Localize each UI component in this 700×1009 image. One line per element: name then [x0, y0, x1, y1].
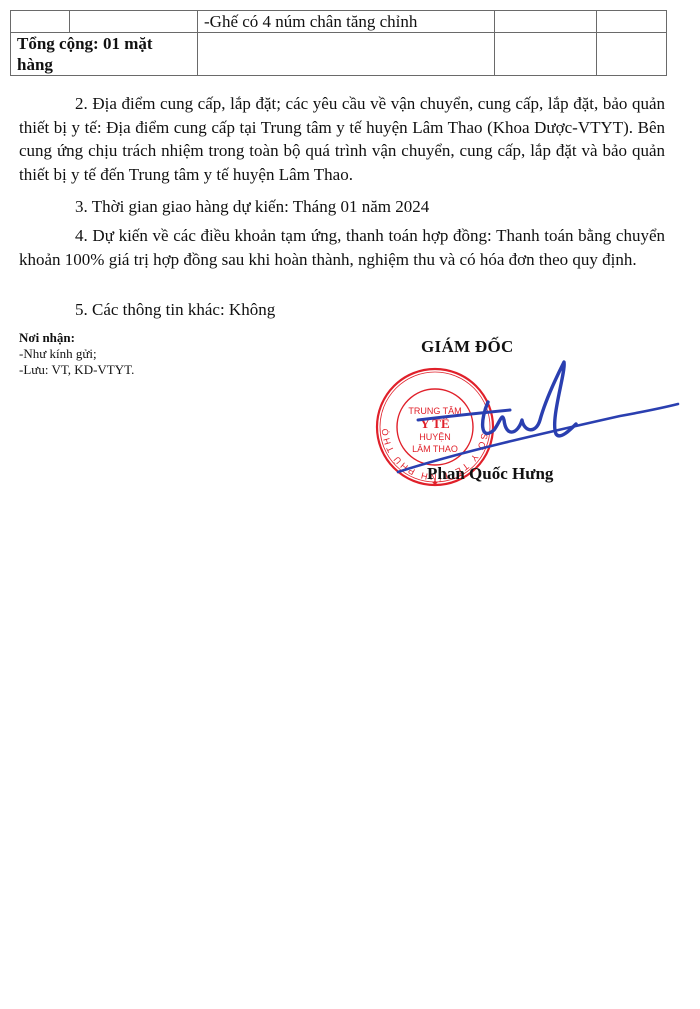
table-cell	[495, 33, 597, 76]
table-total-row: Tổng cộng: 01 mặt hàng	[11, 33, 667, 76]
handwritten-signature-icon	[380, 350, 680, 490]
recipients-block: Nơi nhận: -Như kính gửi; -Lưu: VT, KD-VT…	[19, 330, 134, 378]
items-table: -Ghế có 4 núm chân tăng chỉnh Tổng cộng:…	[10, 10, 667, 76]
section-delivery-time: 3. Thời gian giao hàng dự kiến: Tháng 01…	[19, 195, 665, 219]
table-row: -Ghế có 4 núm chân tăng chỉnh	[11, 11, 667, 33]
table-cell-spec: -Ghế có 4 núm chân tăng chỉnh	[198, 11, 495, 33]
total-label: Tổng cộng: 01 mặt hàng	[11, 33, 198, 76]
table-cell	[198, 33, 495, 76]
section-other-info: 5. Các thông tin khác: Không	[19, 298, 665, 322]
table-cell	[597, 11, 667, 33]
table-cell	[597, 33, 667, 76]
section-payment-terms: 4. Dự kiến về các điều khoản tạm ứng, th…	[19, 224, 665, 271]
table-cell	[70, 11, 198, 33]
table-cell	[495, 11, 597, 33]
recipient-item: -Như kính gửi;	[19, 346, 134, 362]
section-delivery-location: 2. Địa điểm cung cấp, lắp đặt; các yêu c…	[19, 92, 665, 186]
recipient-item: -Lưu: VT, KD-VTYT.	[19, 362, 134, 378]
table-cell	[11, 11, 70, 33]
recipients-title: Nơi nhận:	[19, 330, 134, 346]
